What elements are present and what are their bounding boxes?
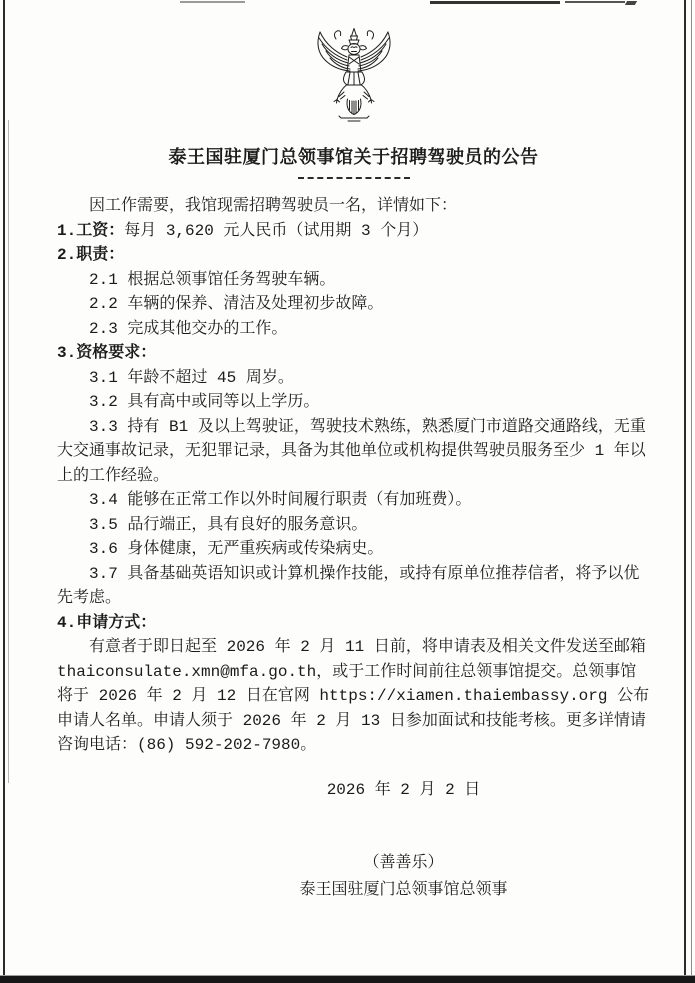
section-apply-label: 4.申请方式：	[57, 614, 156, 632]
scan-top-edge-mark	[180, 1, 245, 3]
list-item-2-3: 2.3 完成其他交办的工作。	[57, 317, 650, 342]
document-date: 2026 年 2 月 2 日	[57, 778, 650, 803]
scan-left-edge-line	[3, 0, 5, 978]
list-item-2-1: 2.1 根据总领事馆任务驾驶车辆。	[57, 268, 650, 293]
document-body: 因工作需要，我馆现需招聘驾驶员一名，详情如下： 1.工资：每月 3,620 元人…	[57, 194, 650, 758]
document-title: 泰王国驻厦门总领事馆关于招聘驾驶员的公告	[57, 146, 650, 172]
signature-name: （善善乐）	[157, 850, 650, 877]
list-item-3-4: 3.4 能够在正常工作以外时间履行职责（有加班费）。	[57, 488, 650, 513]
list-item-3-6: 3.6 身体健康，无严重疾病或传染病史。	[57, 537, 650, 562]
scan-right-edge-line	[684, 0, 686, 978]
title-separator	[298, 177, 410, 179]
list-item-2-2: 2.2 车辆的保养、清洁及处理初步故障。	[57, 292, 650, 317]
list-item-3-2: 3.2 具有高中或同等以上学历。	[57, 390, 650, 415]
section-duties-label: 2.职责：	[57, 246, 124, 264]
list-item-3-1: 3.1 年龄不超过 45 周岁。	[57, 366, 650, 391]
section-qualifications: 3.资格要求：	[57, 341, 650, 366]
section-salary-label: 1.工资：	[57, 222, 124, 240]
garuda-emblem-graphic	[304, 24, 404, 128]
scan-left-edge-faint	[8, 120, 9, 783]
signature-block: （善善乐） 泰王国驻厦门总领事馆总领事	[57, 850, 650, 904]
section-duties: 2.职责：	[57, 243, 650, 268]
section-salary-text: 每月 3,620 元人民币（试用期 3 个月）	[124, 222, 428, 240]
scan-top-edge-mark	[565, 1, 625, 3]
list-item-3-3: 3.3 持有 B1 及以上驾驶证，驾驶技术熟练，熟悉厦门市道路交通路线，无重大交…	[57, 415, 650, 489]
scan-top-edge-mark	[430, 1, 560, 4]
scan-top-edge-mark	[625, 1, 637, 5]
garuda-emblem	[57, 24, 650, 132]
apply-paragraph: 有意者于即日起至 2026 年 2 月 11 日前，将申请表及相关文件发送至邮箱…	[57, 635, 650, 758]
list-item-3-5: 3.5 品行端正，具有良好的服务意识。	[57, 513, 650, 538]
intro-paragraph: 因工作需要，我馆现需招聘驾驶员一名，详情如下：	[57, 194, 650, 219]
list-item-3-7: 3.7 具备基础英语知识或计算机操作技能，或持有原单位推荐信者，将予以优先考虑。	[57, 562, 650, 611]
section-salary: 1.工资：每月 3,620 元人民币（试用期 3 个月）	[57, 219, 650, 244]
scanned-notice-page: 泰王国驻厦门总领事馆关于招聘驾驶员的公告 因工作需要，我馆现需招聘驾驶员一名，详…	[0, 0, 695, 983]
signature-title: 泰王国驻厦门总领事馆总领事	[157, 877, 650, 904]
section-apply: 4.申请方式：	[57, 611, 650, 636]
scan-bottom-bar	[0, 976, 695, 983]
document-content: 泰王国驻厦门总领事馆关于招聘驾驶员的公告 因工作需要，我馆现需招聘驾驶员一名，详…	[57, 24, 650, 904]
scan-right-edge-faint	[691, 0, 692, 978]
section-qualifications-label: 3.资格要求：	[57, 344, 156, 362]
